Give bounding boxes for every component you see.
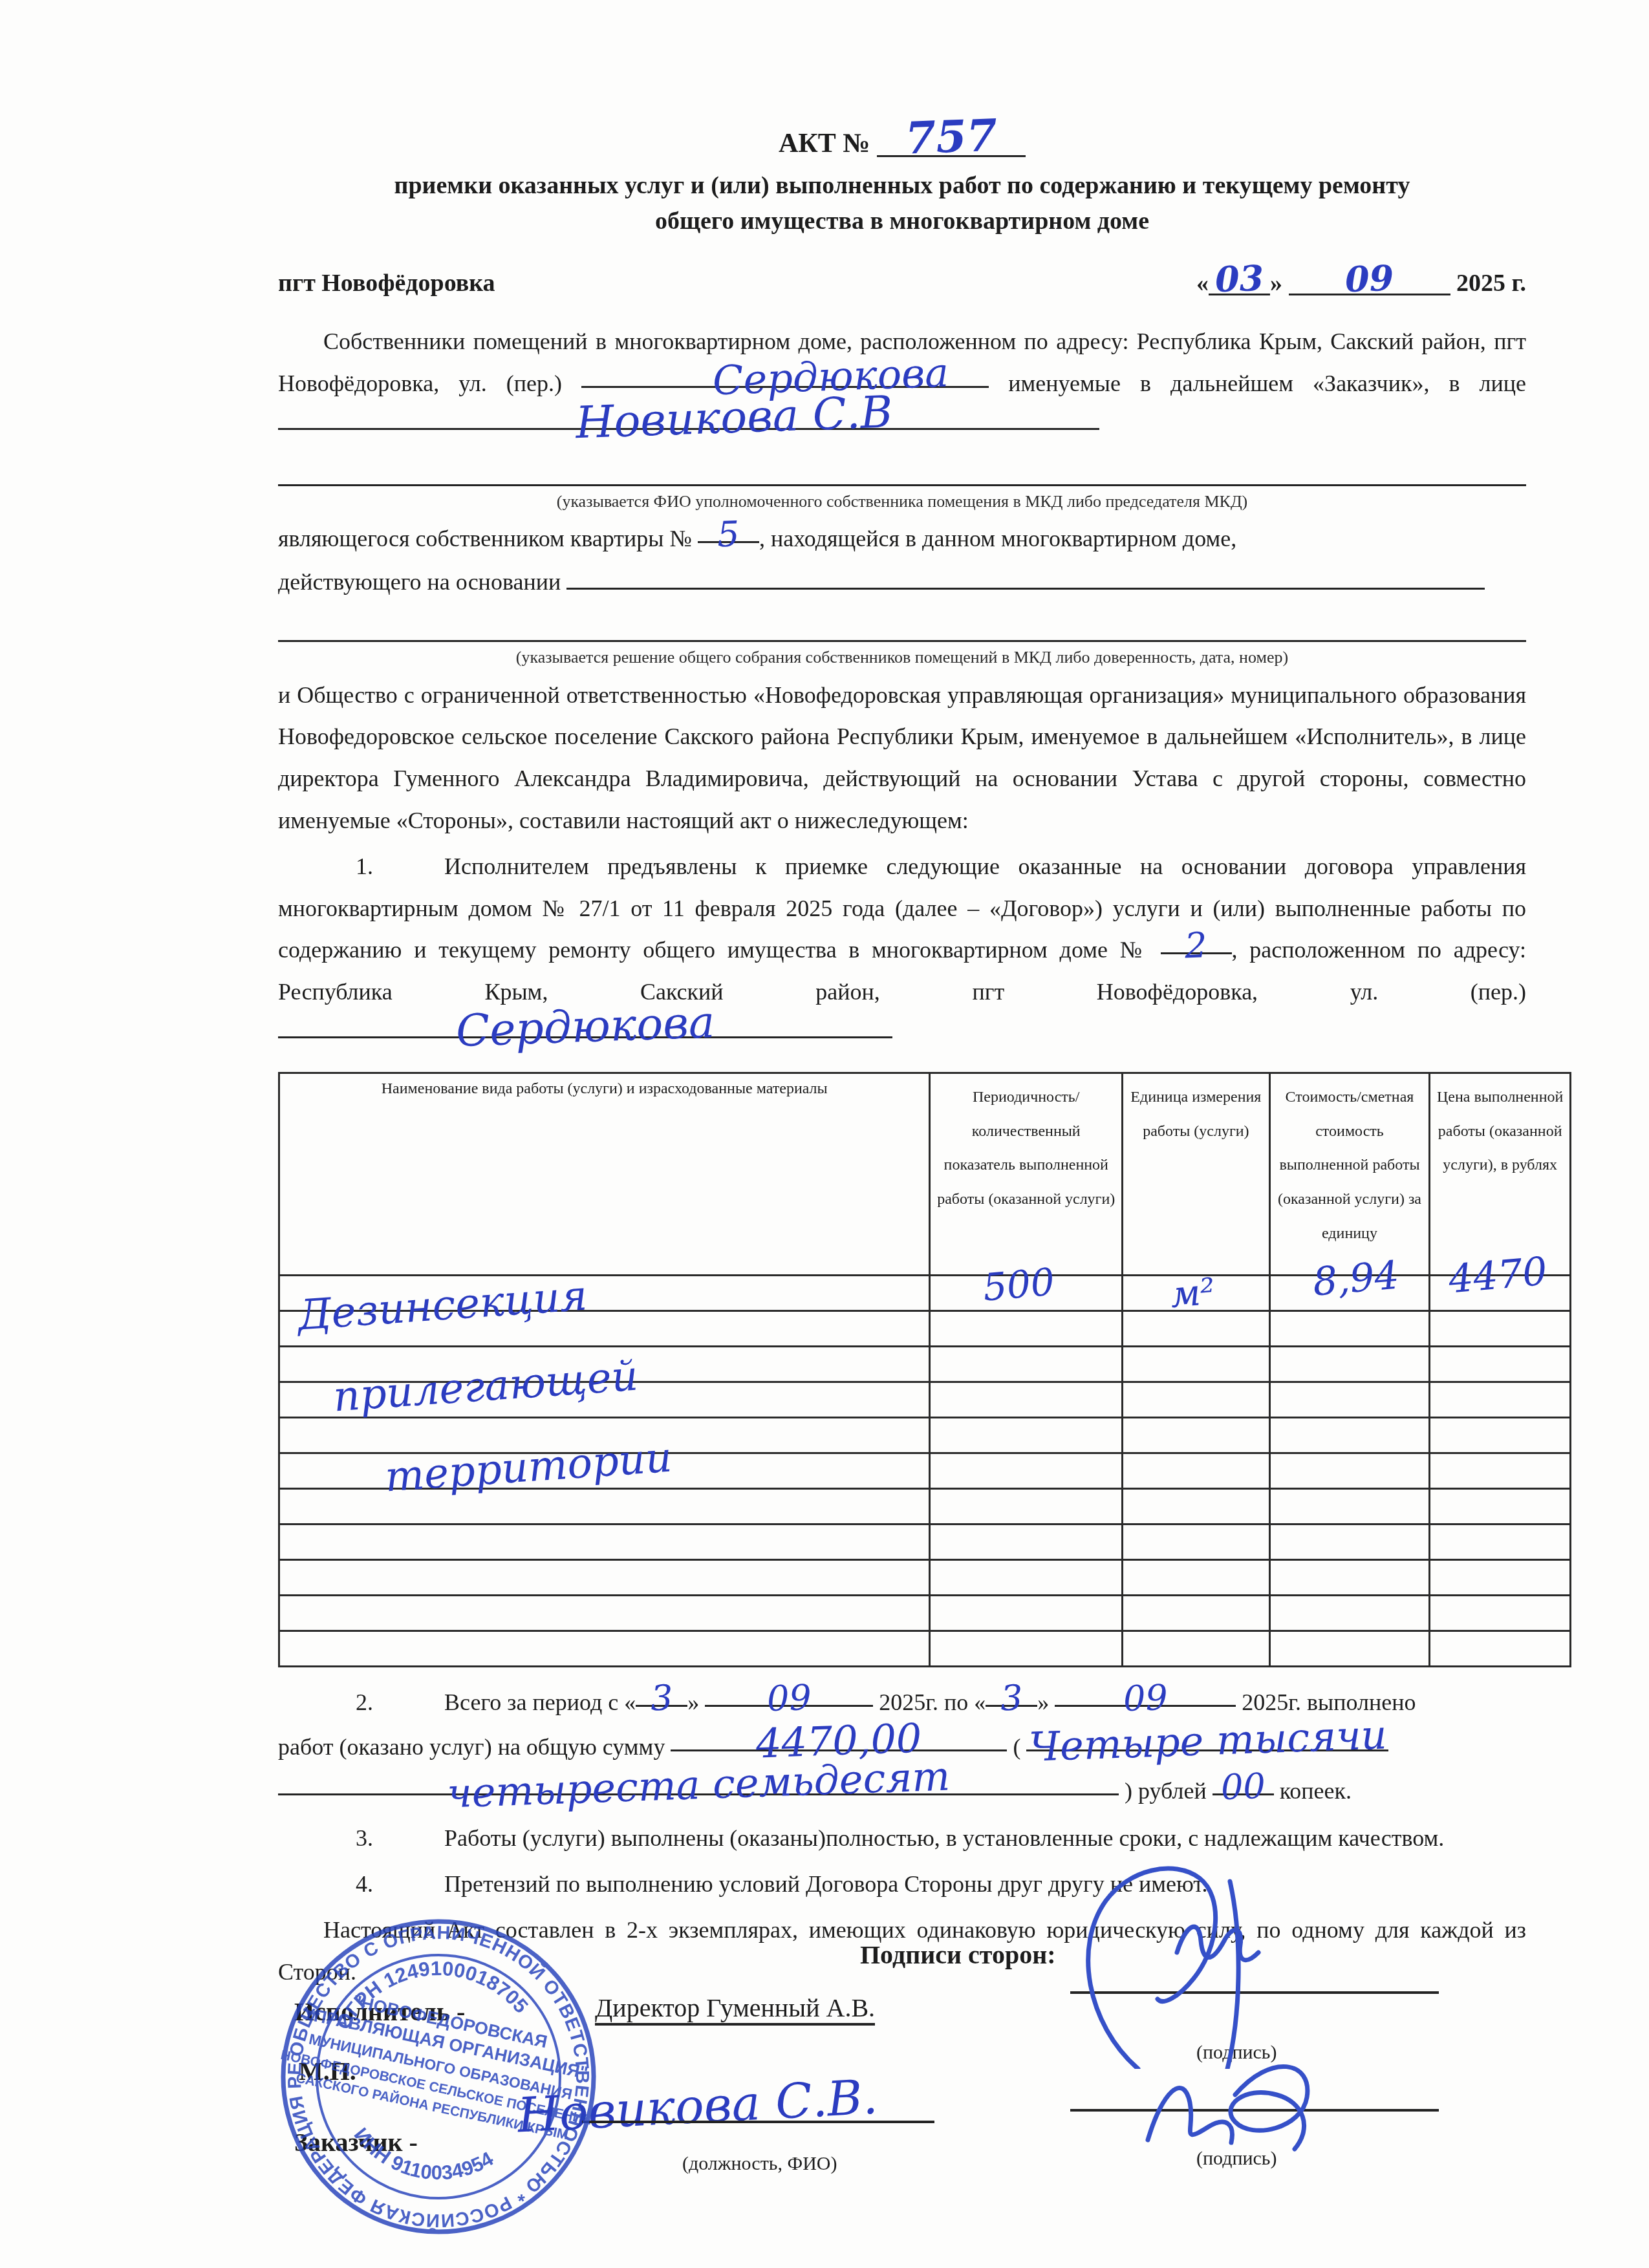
house-number-field: 2 bbox=[1161, 929, 1232, 954]
table-cell bbox=[930, 1631, 1123, 1666]
document-page: АКТ № 757 приемки оказанных услуг и (или… bbox=[0, 0, 1649, 2268]
table-cell bbox=[1269, 1417, 1430, 1453]
table-cell bbox=[930, 1417, 1123, 1453]
table-cell bbox=[1123, 1417, 1270, 1453]
table-cell bbox=[1269, 1453, 1430, 1488]
col-header-unit: Единица измерения работы (услуги) bbox=[1123, 1073, 1270, 1275]
item3-paragraph: 3.Работы (услуги) выполнены (оказаны)пол… bbox=[278, 1817, 1526, 1859]
period-end-day-handwritten: 3 bbox=[1000, 1698, 1022, 1698]
act-title-line: АКТ № 757 bbox=[278, 128, 1526, 159]
sum-words-handwritten-1: Четыре тысячи bbox=[1029, 1735, 1386, 1747]
apartment-text-before: являющегося собственником квартиры № bbox=[278, 526, 692, 551]
table-cell bbox=[1269, 1382, 1430, 1417]
date-month-field: 09 bbox=[1289, 269, 1450, 295]
contractor-paragraph: и Общество с ограниченной ответственност… bbox=[278, 674, 1526, 842]
table-cell bbox=[1430, 1417, 1571, 1453]
basis-label: действующего на основании bbox=[278, 569, 561, 595]
table-cell bbox=[1123, 1595, 1270, 1631]
table-cell bbox=[1269, 1631, 1430, 1666]
works-table-header-row: Наименование вида работы (услуги) и изра… bbox=[279, 1073, 1571, 1275]
date-quote-open: « bbox=[1196, 270, 1209, 297]
table-cell bbox=[1430, 1631, 1571, 1666]
table-cell bbox=[930, 1595, 1123, 1631]
table-row bbox=[279, 1631, 1571, 1666]
table-cell bbox=[930, 1524, 1123, 1559]
place-date-row: пгт Новофёдоровка «03» 09 2025 г. bbox=[278, 269, 1526, 297]
intro-paragraph-1: Собственники помещений в многоквартирном… bbox=[278, 321, 1526, 446]
table-cell bbox=[1123, 1346, 1270, 1382]
table-cell bbox=[1269, 1595, 1430, 1631]
subtitle-line1: приемки оказанных услуг и (или) выполнен… bbox=[278, 168, 1526, 204]
table-cell bbox=[1123, 1453, 1270, 1488]
sum-digits-field: 4470,00 bbox=[671, 1726, 1007, 1751]
period-start-day-field: 3 bbox=[636, 1682, 687, 1707]
table-cell bbox=[1123, 1311, 1270, 1346]
table-cell bbox=[1269, 1488, 1430, 1524]
period-start-month-field: 09 bbox=[705, 1682, 873, 1707]
item2-quote1: » bbox=[687, 1689, 699, 1715]
intro-p1-text2: именуемые в дальнейшем «Заказчик», в лиц… bbox=[1008, 370, 1526, 396]
table-cell bbox=[930, 1311, 1123, 1346]
works-table-wrap: Наименование вида работы (услуги) и изра… bbox=[278, 1072, 1526, 1667]
table-cell bbox=[1269, 1524, 1430, 1559]
basis-line: действующего на основании bbox=[278, 561, 1526, 603]
col-header-price: Цена выполненной работы (оказанной услуг… bbox=[1430, 1073, 1571, 1275]
col-header-name: Наименование вида работы (услуги) и изра… bbox=[279, 1073, 930, 1275]
blank-line-1 bbox=[278, 451, 1526, 486]
period-start-month-handwritten: 09 bbox=[767, 1698, 812, 1699]
act-label: АКТ № bbox=[779, 129, 870, 158]
table-cell bbox=[1123, 1559, 1270, 1595]
work-qty-handwritten: 500 bbox=[982, 1263, 1056, 1306]
item3-text: Работы (услуги) выполнены (оказаны)полно… bbox=[444, 1825, 1444, 1851]
table-cell bbox=[930, 1382, 1123, 1417]
table-cell bbox=[279, 1559, 930, 1595]
representative-field: Новикова С.В bbox=[278, 405, 1099, 430]
act-subtitle: приемки оказанных услуг и (или) выполнен… bbox=[278, 168, 1526, 239]
work-unit-price-handwritten: 8,94 bbox=[1311, 1256, 1401, 1301]
item4-paragraph: 4.Претензий по выполнению условий Догово… bbox=[278, 1863, 1526, 1905]
sum-words-handwritten-2: четыреста семьдесят bbox=[447, 1777, 950, 1794]
signatures-title: Подписи сторон: bbox=[860, 1940, 1056, 1970]
apartment-number-field: 5 bbox=[698, 518, 759, 543]
date-month-handwritten: 09 bbox=[1345, 278, 1394, 280]
item2-text1: Всего за период с « bbox=[444, 1689, 636, 1715]
sum-words-field-1: Четыре тысячи bbox=[1026, 1726, 1388, 1751]
table-cell bbox=[1430, 1595, 1571, 1631]
table-cell bbox=[930, 1346, 1123, 1382]
item2-kop-suffix: копеек. bbox=[1280, 1778, 1352, 1804]
document-content: АКТ № 757 приемки оказанных услуг и (или… bbox=[0, 0, 1649, 1993]
table-cell bbox=[279, 1631, 930, 1666]
item2-number: 2. bbox=[356, 1689, 373, 1715]
item2-line3: четыреста семьдесят ) рублей 00 копеек. bbox=[278, 1770, 1526, 1812]
date-quote-close: » bbox=[1270, 270, 1282, 297]
table-cell bbox=[279, 1488, 930, 1524]
apartment-line: являющегося собственником квартиры № 5, … bbox=[278, 518, 1526, 560]
table-cell bbox=[1123, 1382, 1270, 1417]
stamp-inn: ИНН 9110034954 bbox=[345, 2121, 501, 2193]
table-cell bbox=[1430, 1453, 1571, 1488]
customer-signature bbox=[1132, 2024, 1352, 2172]
item2-quote2: » bbox=[1037, 1689, 1049, 1715]
act-number-field: 757 bbox=[877, 128, 1026, 157]
period-end-month-handwritten: 09 bbox=[1123, 1698, 1168, 1699]
street-field: Сердюкова bbox=[581, 363, 989, 388]
table-cell bbox=[1430, 1488, 1571, 1524]
item2-paren-open: ( bbox=[1013, 1734, 1020, 1760]
item2-text2: 2025г. по « bbox=[879, 1689, 986, 1715]
table-row bbox=[279, 1559, 1571, 1595]
table-row bbox=[279, 1595, 1571, 1631]
act-number-handwritten: 757 bbox=[905, 136, 997, 139]
position-caption: (должность, ФИО) bbox=[682, 2153, 837, 2175]
representative-handwritten: Новикова С.В bbox=[530, 412, 892, 425]
item2-paren-close: ) рублей bbox=[1125, 1778, 1207, 1804]
blank-line-2 bbox=[278, 606, 1526, 642]
item3-number: 3. bbox=[356, 1825, 373, 1851]
director-name-line: Директор Гуменный А.В. bbox=[595, 1993, 875, 2026]
customer-name-line[interactable] bbox=[582, 2121, 934, 2123]
table-cell bbox=[1430, 1382, 1571, 1417]
company-stamp: ОБЩЕСТВО С ОГРАНИЧЕННОЙ ОТВЕТСТВЕННОСТЬЮ… bbox=[277, 1915, 600, 2238]
subtitle-line2: общего имущества в многоквартирном доме bbox=[278, 204, 1526, 239]
street-handwritten: Сердюкова bbox=[667, 372, 949, 382]
table-cell bbox=[1430, 1311, 1571, 1346]
date-year: 2025 г. bbox=[1456, 270, 1526, 297]
period-end-month-field: 09 bbox=[1055, 1682, 1236, 1707]
table-cell bbox=[930, 1453, 1123, 1488]
date-group: «03» 09 2025 г. bbox=[1196, 269, 1526, 297]
period-end-day-field: 3 bbox=[986, 1682, 1037, 1707]
col-header-unit-cost: Стоимость/сметная стоимость выполненной … bbox=[1269, 1073, 1430, 1275]
table-cell bbox=[1430, 1524, 1571, 1559]
place-name: пгт Новофёдоровка bbox=[278, 269, 495, 297]
table-cell bbox=[1269, 1346, 1430, 1382]
item4-number: 4. bbox=[356, 1871, 373, 1897]
apartment-number-handwritten: 5 bbox=[717, 534, 739, 535]
table-cell bbox=[1269, 1559, 1430, 1595]
apartment-text-after: , находящейся в данном многоквартирном д… bbox=[759, 526, 1236, 551]
table-cell bbox=[1123, 1488, 1270, 1524]
svg-text:ИНН 9110034954: ИНН 9110034954 bbox=[345, 2121, 501, 2193]
work-total-handwritten: 4470 bbox=[1447, 1252, 1549, 1299]
caption-basis: (указывается решение общего собрания соб… bbox=[278, 647, 1526, 667]
item1-paragraph: 1.Исполнителем предъявлены к приемке сле… bbox=[278, 846, 1526, 1055]
table-row bbox=[279, 1524, 1571, 1559]
date-day-handwritten: 03 bbox=[1215, 278, 1264, 280]
table-cell bbox=[279, 1595, 930, 1631]
table-cell bbox=[1269, 1311, 1430, 1346]
table-cell bbox=[279, 1524, 930, 1559]
table-cell bbox=[1123, 1631, 1270, 1666]
item2-text3: 2025г. выполнено bbox=[1242, 1689, 1416, 1715]
item2-sum-label: работ (оказано услуг) на общую сумму bbox=[278, 1734, 665, 1760]
table-cell bbox=[1430, 1346, 1571, 1382]
item1-number: 1. bbox=[356, 853, 373, 879]
table-cell bbox=[930, 1488, 1123, 1524]
kopecks-field: 00 bbox=[1212, 1770, 1274, 1795]
street2-field: Сердюкова bbox=[278, 1013, 892, 1038]
period-start-day-handwritten: 3 bbox=[651, 1698, 673, 1698]
table-cell bbox=[930, 1559, 1123, 1595]
caption-representative: (указывается ФИО уполномоченного собстве… bbox=[278, 491, 1526, 511]
table-cell bbox=[1430, 1559, 1571, 1595]
house-number-handwritten: 2 bbox=[1185, 946, 1207, 947]
street2-handwritten: Сердюкова bbox=[456, 1023, 715, 1032]
work-unit-handwritten: м² bbox=[1169, 1274, 1217, 1314]
sum-words-field-2: четыреста семьдесят bbox=[278, 1770, 1119, 1795]
sum-digits-handwritten: 4470,00 bbox=[756, 1738, 921, 1744]
basis-field bbox=[566, 564, 1485, 590]
col-header-periodicity: Периодичность/ количественный показатель… bbox=[930, 1073, 1123, 1275]
kopecks-handwritten: 00 bbox=[1221, 1786, 1266, 1788]
date-day-field: 03 bbox=[1209, 269, 1270, 295]
table-cell bbox=[1123, 1524, 1270, 1559]
